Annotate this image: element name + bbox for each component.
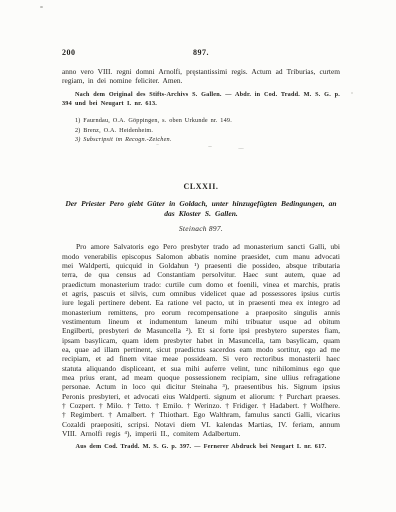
charter-number: CLXXII.	[62, 182, 340, 191]
scan-speck	[40, 6, 43, 8]
charter-source-note: Aus dem Cod. Tradd. M. S. G. p. 397. — F…	[62, 443, 340, 450]
previous-charter-source-note: Nach dem Original des Stifts-Archivs S. …	[62, 91, 340, 108]
page-header: 200 897.	[62, 48, 340, 59]
charter-heading: CLXXII. Der Priester Pero giebt Güter in…	[62, 182, 340, 233]
charter-dateline: Steinach 897.	[62, 224, 340, 233]
scanned-book-page: 200 897. anno vero VIII. regni domni Arn…	[0, 0, 396, 512]
footnote-2: 2) Brenz, O.A. Heidenheim.	[75, 126, 340, 136]
page-content: 200 897. anno vero VIII. regni domni Arn…	[62, 48, 340, 450]
footnote-3: 3) Subscripsit im Recogn.-Zeichen.	[75, 135, 340, 145]
running-charter-number: 897.	[62, 48, 340, 57]
footnote-list: 1) Faurndau, O.A. Göppingen, s. oben Urk…	[62, 116, 340, 145]
charter-title: Der Priester Pero giebt Güter in Goldach…	[62, 199, 340, 218]
scan-speck	[351, 92, 353, 94]
footnote-1: 1) Faurndau, O.A. Göppingen, s. oben Urk…	[75, 116, 340, 126]
previous-charter-closing-text: anno vero VIII. regni domni Arnolfi, prę…	[62, 67, 340, 85]
charter-body-text: Pro amore Salvatoris ego Pero presbyter …	[62, 242, 340, 438]
